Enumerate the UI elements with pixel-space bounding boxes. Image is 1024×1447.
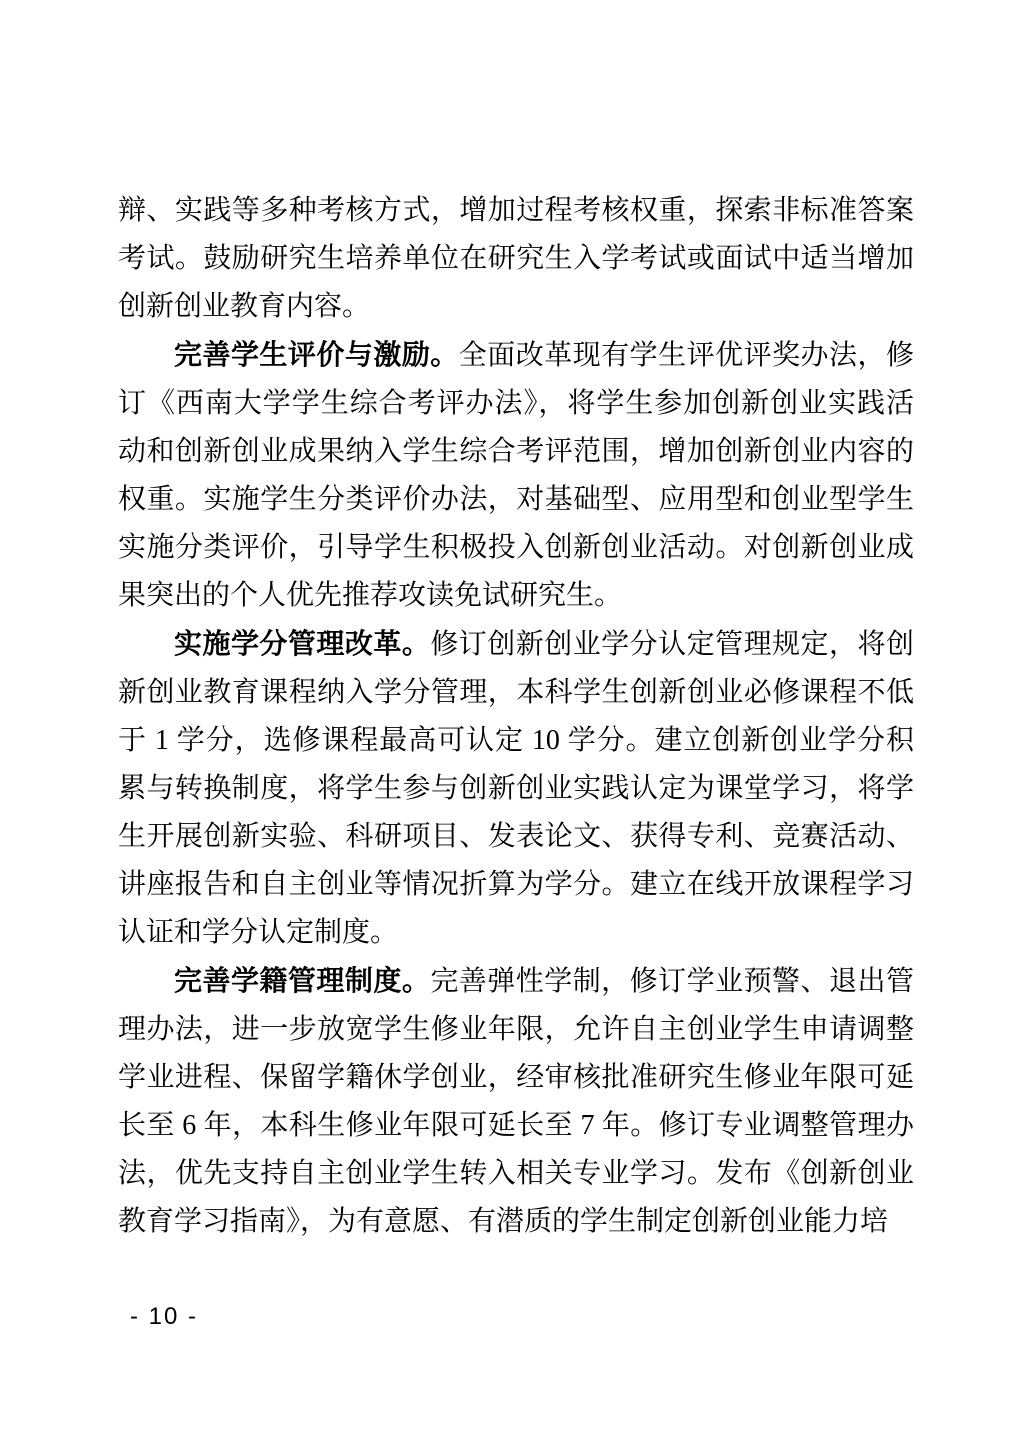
paragraph-text: 辩、实践等多种考核方式，增加过程考核权重，探索非标准答案考试。鼓励研究生培养单位… (118, 195, 914, 322)
paragraph-lead: 完善学生评价与激励。 (174, 339, 459, 370)
paragraph-student-evaluation: 完善学生评价与激励。全面改革现有学生评优评奖办法，修订《西南大学学生综合考评办法… (118, 331, 914, 620)
paragraph-lead: 实施学分管理改革。 (174, 628, 430, 659)
page-number: - 10 - (130, 1300, 198, 1334)
document-page: 辩、实践等多种考核方式，增加过程考核权重，探索非标准答案考试。鼓励研究生培养单位… (0, 0, 1024, 1447)
paragraph-text: 修订创新创业学分认定管理规定，将创新创业教育课程纳入学分管理，本科学生创新创业必… (118, 629, 914, 948)
paragraph-enrollment-management: 完善学籍管理制度。完善弹性学制，修订学业预警、退出管理办法，进一步放宽学生修业年… (118, 957, 914, 1246)
paragraph-continuation: 辩、实践等多种考核方式，增加过程考核权重，探索非标准答案考试。鼓励研究生培养单位… (118, 186, 914, 331)
paragraph-text: 完善弹性学制，修订学业预警、退出管理办法，进一步放宽学生修业年限，允许自主创业学… (118, 966, 914, 1237)
page-body-text: 辩、实践等多种考核方式，增加过程考核权重，探索非标准答案考试。鼓励研究生培养单位… (118, 186, 914, 1246)
paragraph-lead: 完善学籍管理制度。 (174, 965, 430, 996)
paragraph-credit-management: 实施学分管理改革。修订创新创业学分认定管理规定，将创新创业教育课程纳入学分管理，… (118, 620, 914, 957)
paragraph-text: 全面改革现有学生评优评奖办法，修订《西南大学学生综合考评办法》，将学生参加创新创… (118, 340, 914, 611)
